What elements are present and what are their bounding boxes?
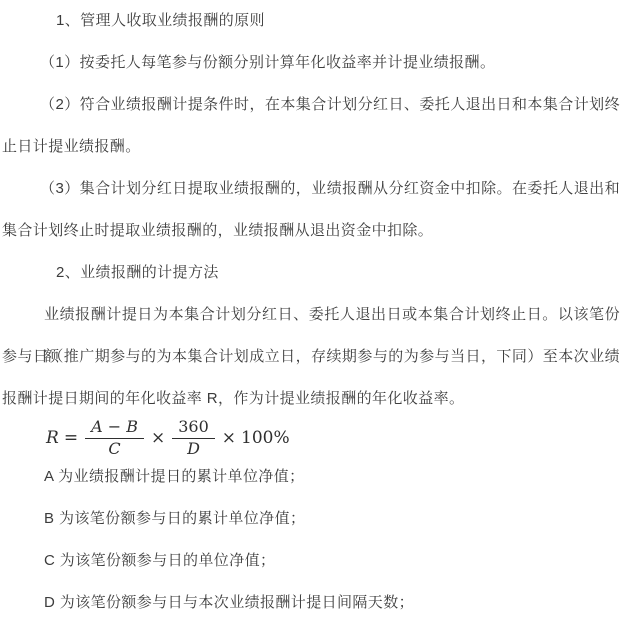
formula-denominator-1: C xyxy=(108,439,120,458)
definition-B: B 为该笔份额参与日的累计单位净值； xyxy=(0,498,623,540)
formula-multiply-sign-2: × xyxy=(222,428,236,448)
formula-numerator-1: A − B xyxy=(85,418,144,438)
paragraph-2-1-line1: 业绩报酬计提日为本集合计划分红日、委托人退出日或本集合计划终止日。以该笔份额 xyxy=(0,294,623,336)
document-page: 1、管理人收取业绩报酬的原则 （1）按委托人每笔参与份额分别计算年化收益率并计提… xyxy=(0,0,623,641)
paragraph-2-1-line3: 报酬计提日期间的年化收益率 R，作为计提业绩报酬的年化收益率。 xyxy=(0,378,623,420)
formula-numerator-2: 360 xyxy=(172,418,215,438)
paragraph-1-1: （1）按委托人每笔参与份额分别计算年化收益率并计提业绩报酬。 xyxy=(0,42,623,84)
formula-fraction-1: A − B C xyxy=(85,418,144,458)
formula-denominator-2: D xyxy=(187,439,200,458)
formula-variable-R: R xyxy=(46,428,59,448)
formula-fraction-2: 360 D xyxy=(172,418,215,458)
paragraph-1-3-line1: （3）集合计划分红日提取业绩报酬的，业绩报酬从分红资金中扣除。在委托人退出和 xyxy=(0,168,623,210)
formula-multiply-sign-1: × xyxy=(151,428,165,448)
definition-C: C 为该笔份额参与日的单位净值； xyxy=(0,540,623,582)
paragraph-1-3-line2: 集合计划终止时提取业绩报酬的，业绩报酬从退出资金中扣除。 xyxy=(0,210,623,252)
definition-A: A 为业绩报酬计提日的累计单位净值； xyxy=(0,456,623,498)
paragraph-2-1-line2: 参与日（推广期参与的为本集合计划成立日，存续期参与的为参与当日，下同）至本次业绩 xyxy=(0,336,623,378)
section-heading-1: 1、管理人收取业绩报酬的原则 xyxy=(0,0,623,42)
definition-D: D 为该笔份额参与日与本次业绩报酬计提日间隔天数； xyxy=(0,582,623,624)
paragraph-1-2-line1: （2）符合业绩报酬计提条件时，在本集合计划分红日、委托人退出日和本集合计划终 xyxy=(0,84,623,126)
formula-equals-sign: = xyxy=(64,428,78,448)
section-heading-2: 2、业绩报酬的计提方法 xyxy=(0,252,623,294)
annualized-return-formula: R = A − B C × 360 D × 100% xyxy=(0,420,623,456)
formula-percent-term: 100% xyxy=(241,428,290,448)
paragraph-1-2-line2: 止日计提业绩报酬。 xyxy=(0,126,623,168)
